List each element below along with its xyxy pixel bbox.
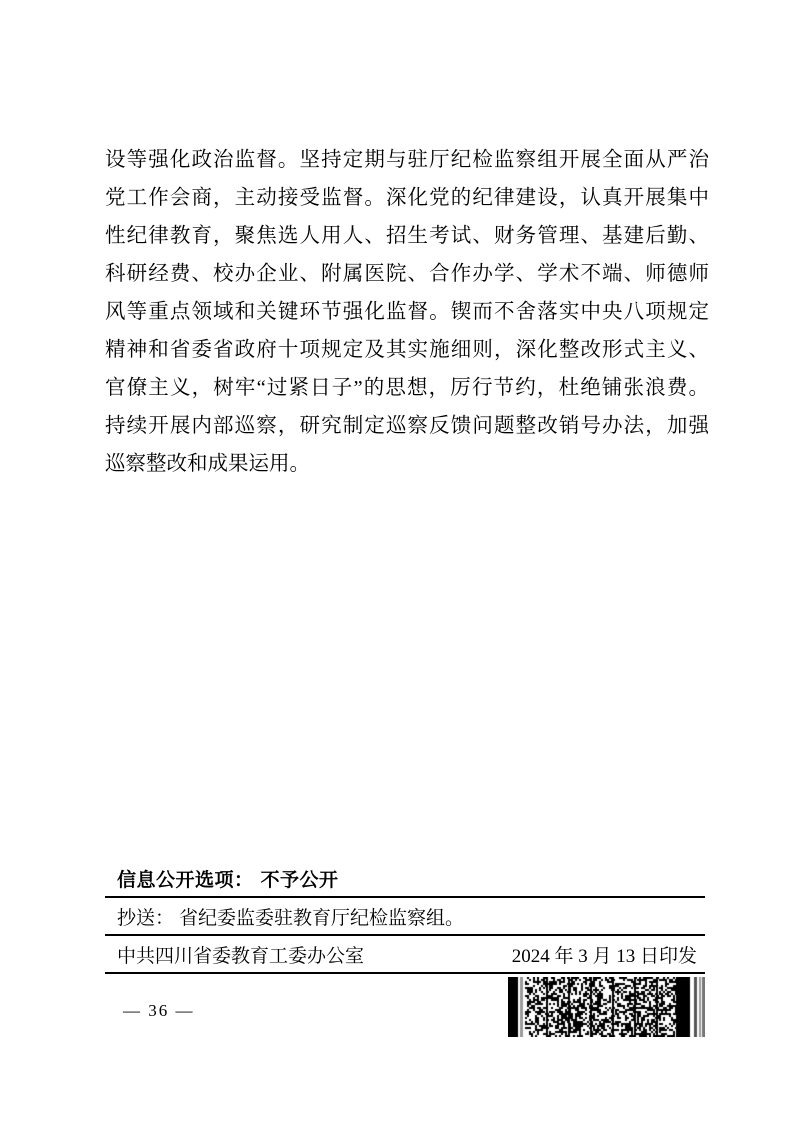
document-page: 设等强化政治监督。坚持定期与驻厅纪检监察组开展全面从严治 党工作会商，主动接受监… [0,0,793,1122]
body-line: 风等重点领域和关键环节强化监督。锲而不舍落实中央八项规定 [105,293,709,331]
disclosure-value: 不予公开 [261,865,339,892]
body-line: 官僚主义，树牢“过紧日子”的思想，厉行节约，杜绝铺张浪费。 [105,369,709,407]
barcode-image [508,977,705,1037]
print-date: 2024 年 3 月 13 日印发 [512,941,697,968]
record-block: 信息公开选项： 不予公开 抄送： 省纪委监委驻教育厅纪检监察组。 中共四川省委教… [105,860,705,974]
body-line: 党工作会商，主动接受监督。深化党的纪律建设，认真开展集中 [105,179,709,217]
cc-value: 省纪委监委驻教育厅纪检监察组。 [179,903,464,930]
disclosure-row: 信息公开选项： 不予公开 [105,860,705,896]
cc-label: 抄送： [117,903,174,930]
divider-bottom [105,972,705,974]
cc-row: 抄送： 省纪委监委驻教育厅纪检监察组。 [105,898,705,934]
disclosure-label: 信息公开选项： [117,865,254,892]
page-number: — 36 — [123,1000,195,1022]
body-line: 设等强化政治监督。坚持定期与驻厅纪检监察组开展全面从严治 [105,141,709,179]
body-line: 巡察整改和成果运用。 [105,445,709,483]
body-line: 持续开展内部巡察，研究制定巡察反馈问题整改销号办法，加强 [105,407,709,445]
body-line: 精神和省委省政府十项规定及其实施细则，深化整改形式主义、 [105,331,709,369]
body-line: 性纪律教育，聚焦选人用人、招生考试、财务管理、基建后勤、 [105,217,709,255]
body-line: 科研经费、校办企业、附属医院、合作办学、学术不端、师德师 [105,255,709,293]
issuer-row: 中共四川省委教育工委办公室 2024 年 3 月 13 日印发 [105,936,705,972]
body-paragraph: 设等强化政治监督。坚持定期与驻厅纪检监察组开展全面从严治 党工作会商，主动接受监… [105,141,709,483]
issuer-name: 中共四川省委教育工委办公室 [117,941,364,968]
